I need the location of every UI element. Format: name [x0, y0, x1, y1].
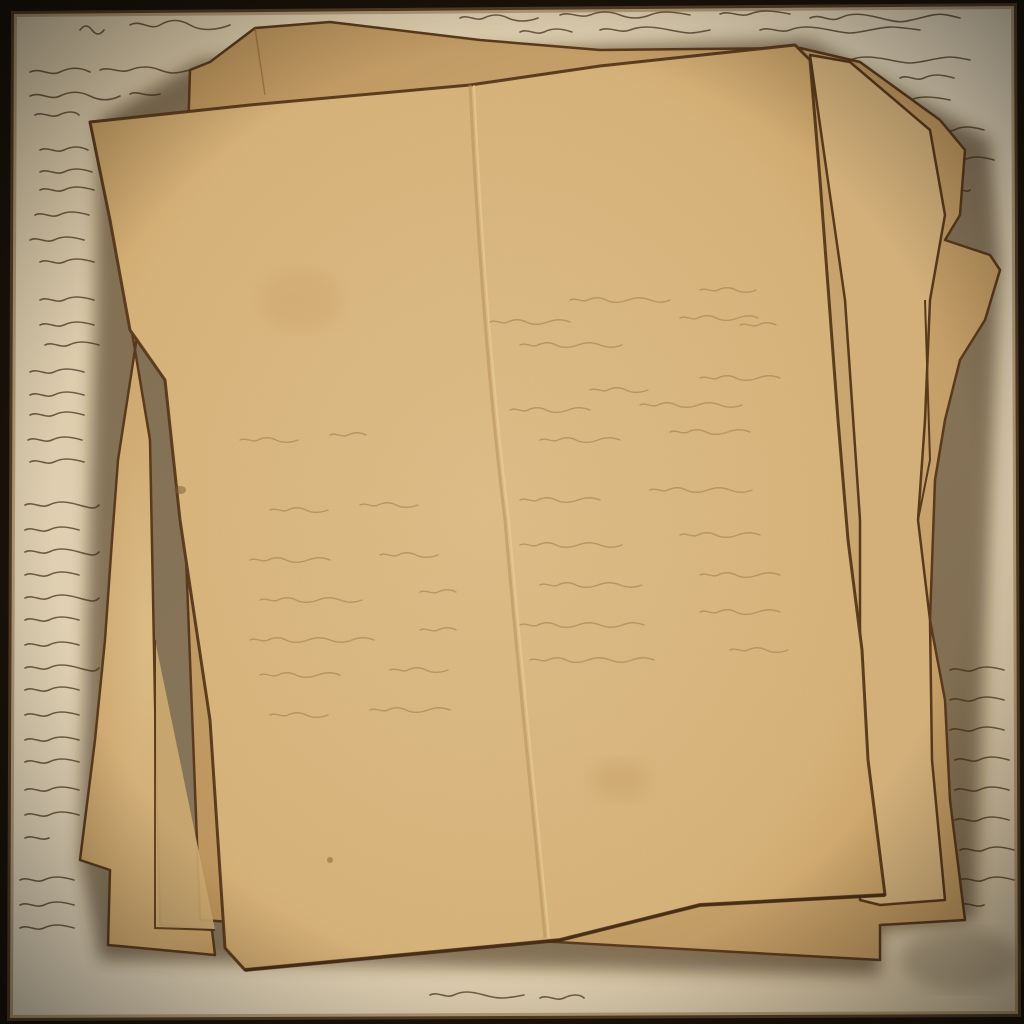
paper-stack-illustration [0, 0, 1024, 1024]
vignette [0, 0, 1024, 1024]
aged-paper-stack-photo [0, 0, 1024, 1024]
